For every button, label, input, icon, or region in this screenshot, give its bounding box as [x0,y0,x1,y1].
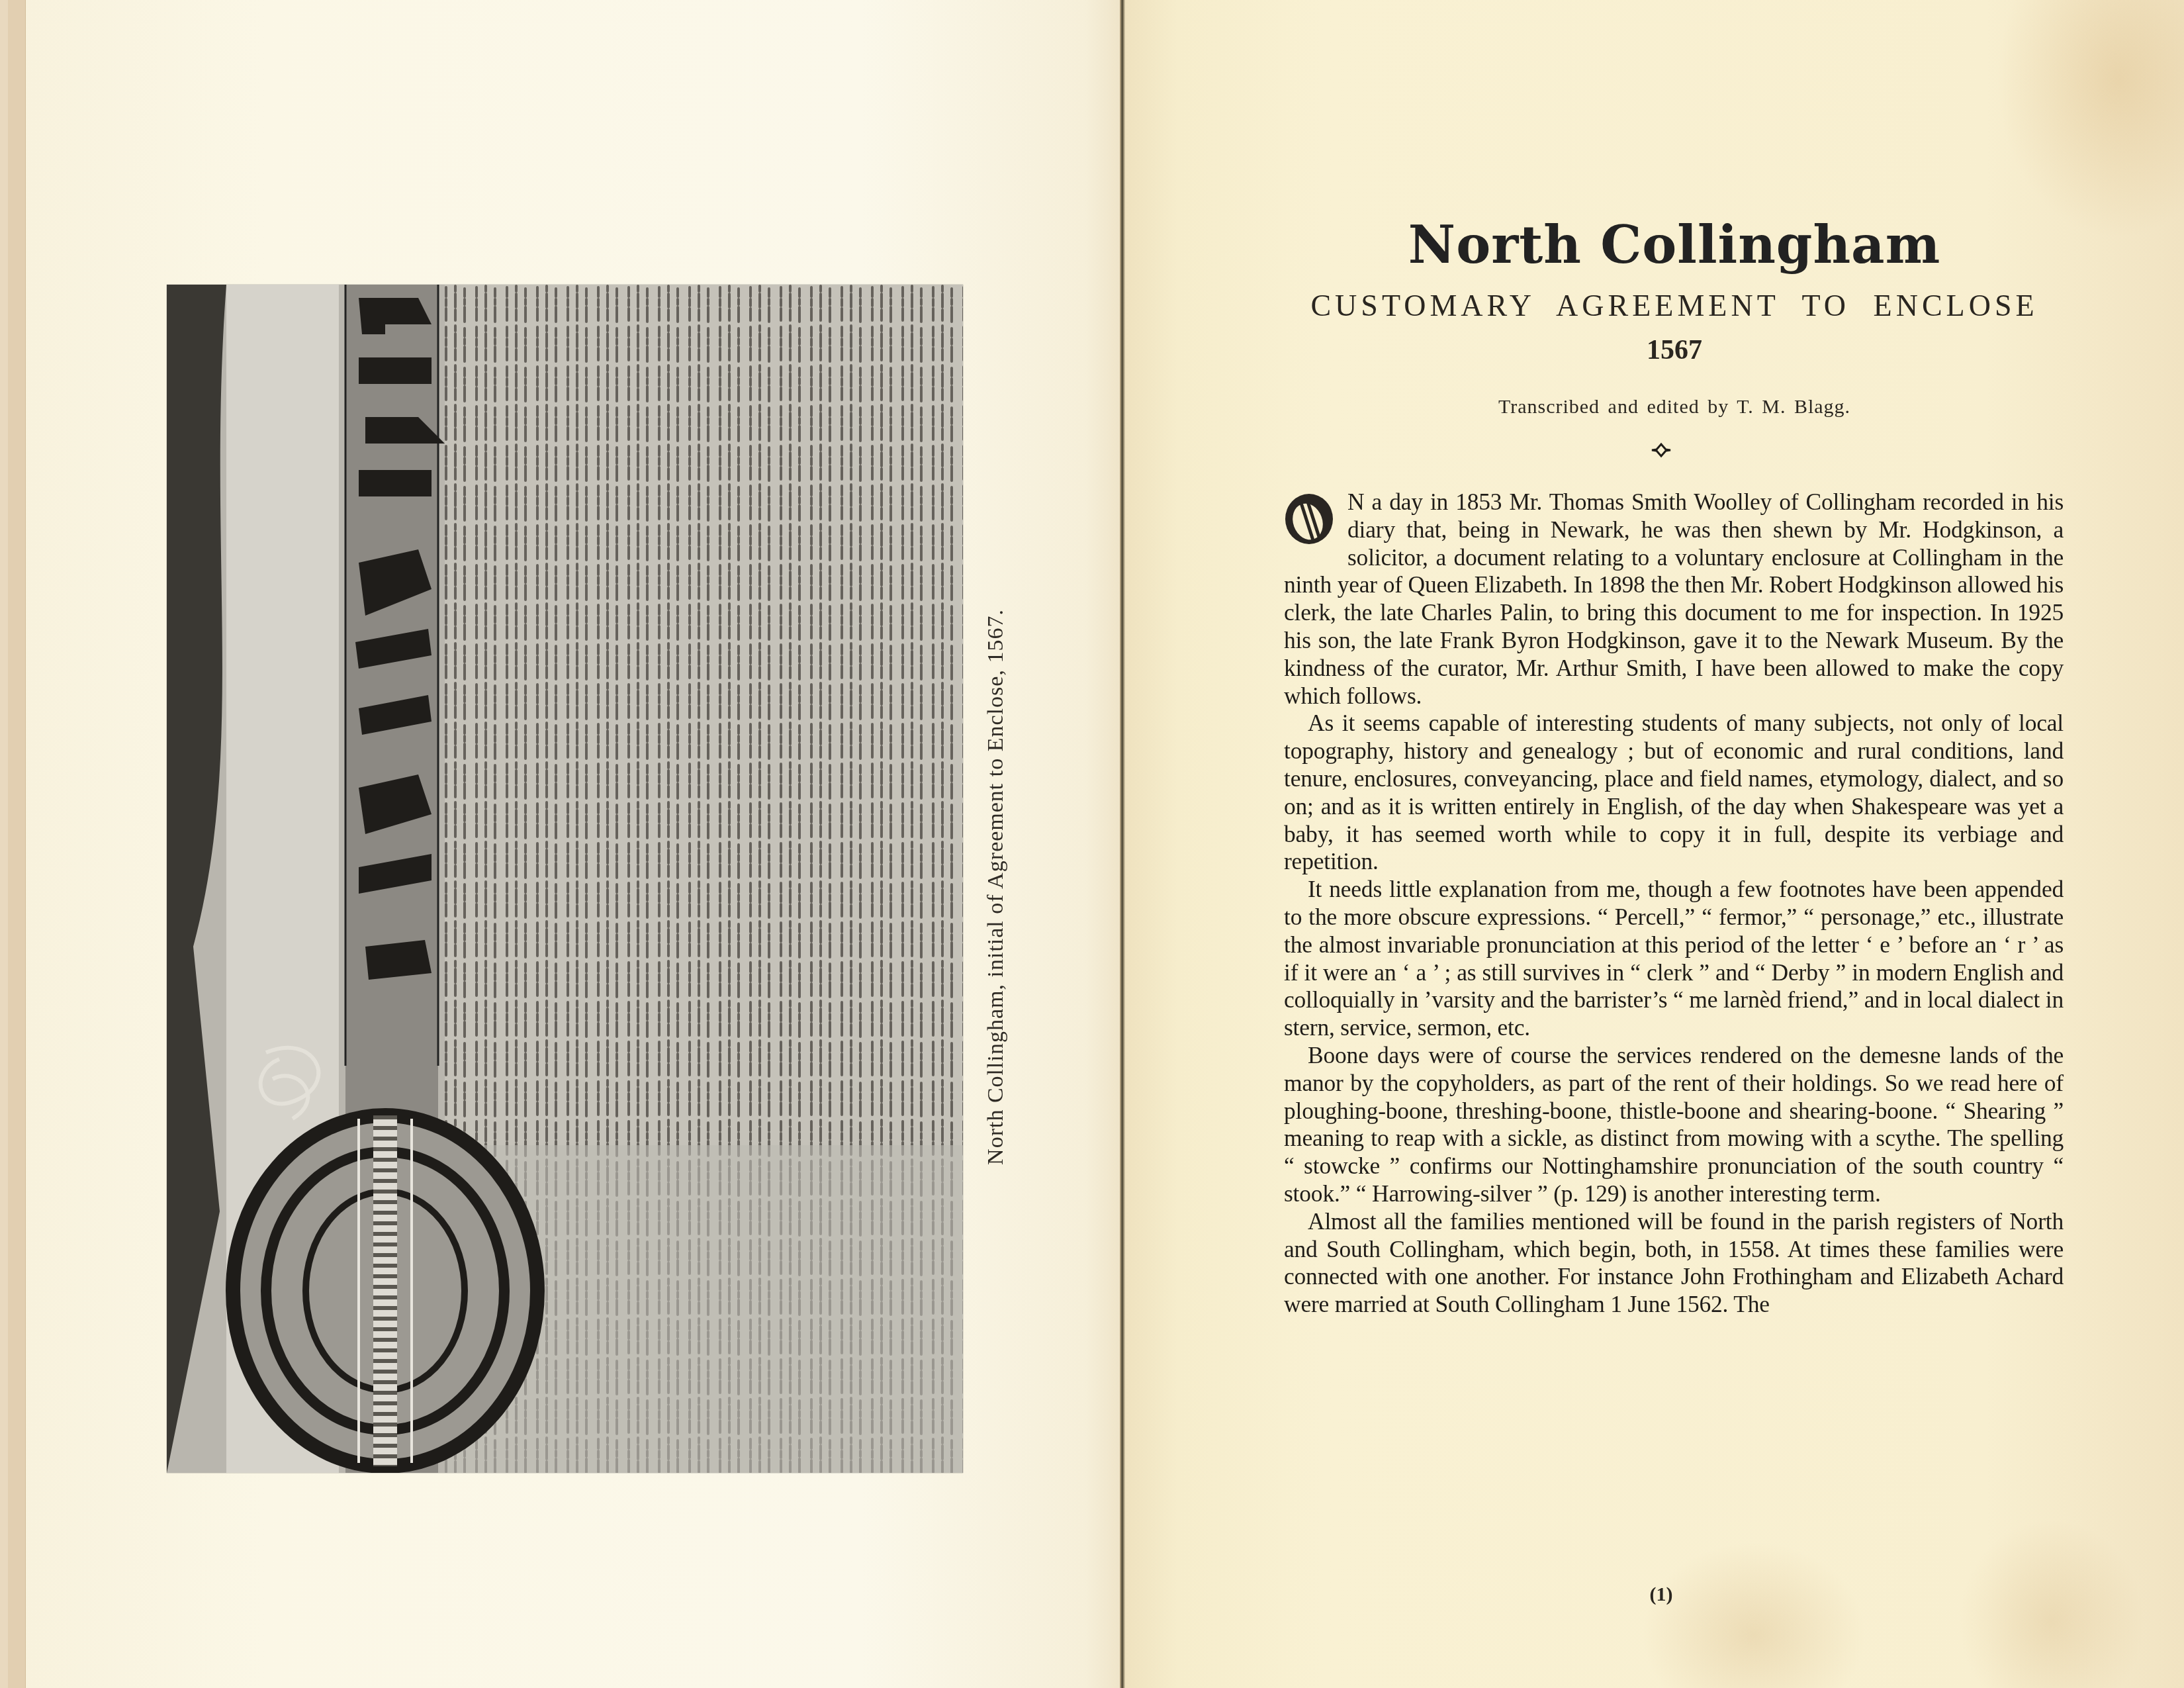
paragraph-1: N a day in 1853 Mr. Thomas Smith Woolley… [1284,489,2064,710]
diamond-ornament-icon [1651,442,1671,458]
body-text: N a day in 1853 Mr. Thomas Smith Woolley… [1284,489,2064,1319]
paragraph-1-text: N a day in 1853 Mr. Thomas Smith Woolley… [1284,489,2064,709]
plate-caption: North Collingham, initial of Agreement t… [983,609,1009,1165]
page-subtitle: CUSTOMARY AGREEMENT TO ENCLOSE [1277,288,2071,323]
page-number: (1) [1608,1583,1714,1606]
byline: Transcribed and edited by T. M. Blagg. [1277,396,2071,418]
book-gutter [1120,0,1125,1688]
dropcap-o-icon [1280,487,1341,548]
page-edge [8,0,26,1688]
paragraph-5: Almost all the families mentioned will b… [1284,1208,2064,1319]
left-page: North Collingham, initial of Agreement t… [0,0,1125,1688]
paragraph-2: As it seems capable of interesting stude… [1284,710,2064,876]
paragraph-3: It needs little explanation from me, tho… [1284,876,2064,1042]
page-title: North Collingham [1277,215,2071,275]
manuscript-plate-photo [167,285,963,1473]
document-year: 1567 [1277,334,2071,366]
paragraph-4: Boone days were of course the services r… [1284,1042,2064,1208]
